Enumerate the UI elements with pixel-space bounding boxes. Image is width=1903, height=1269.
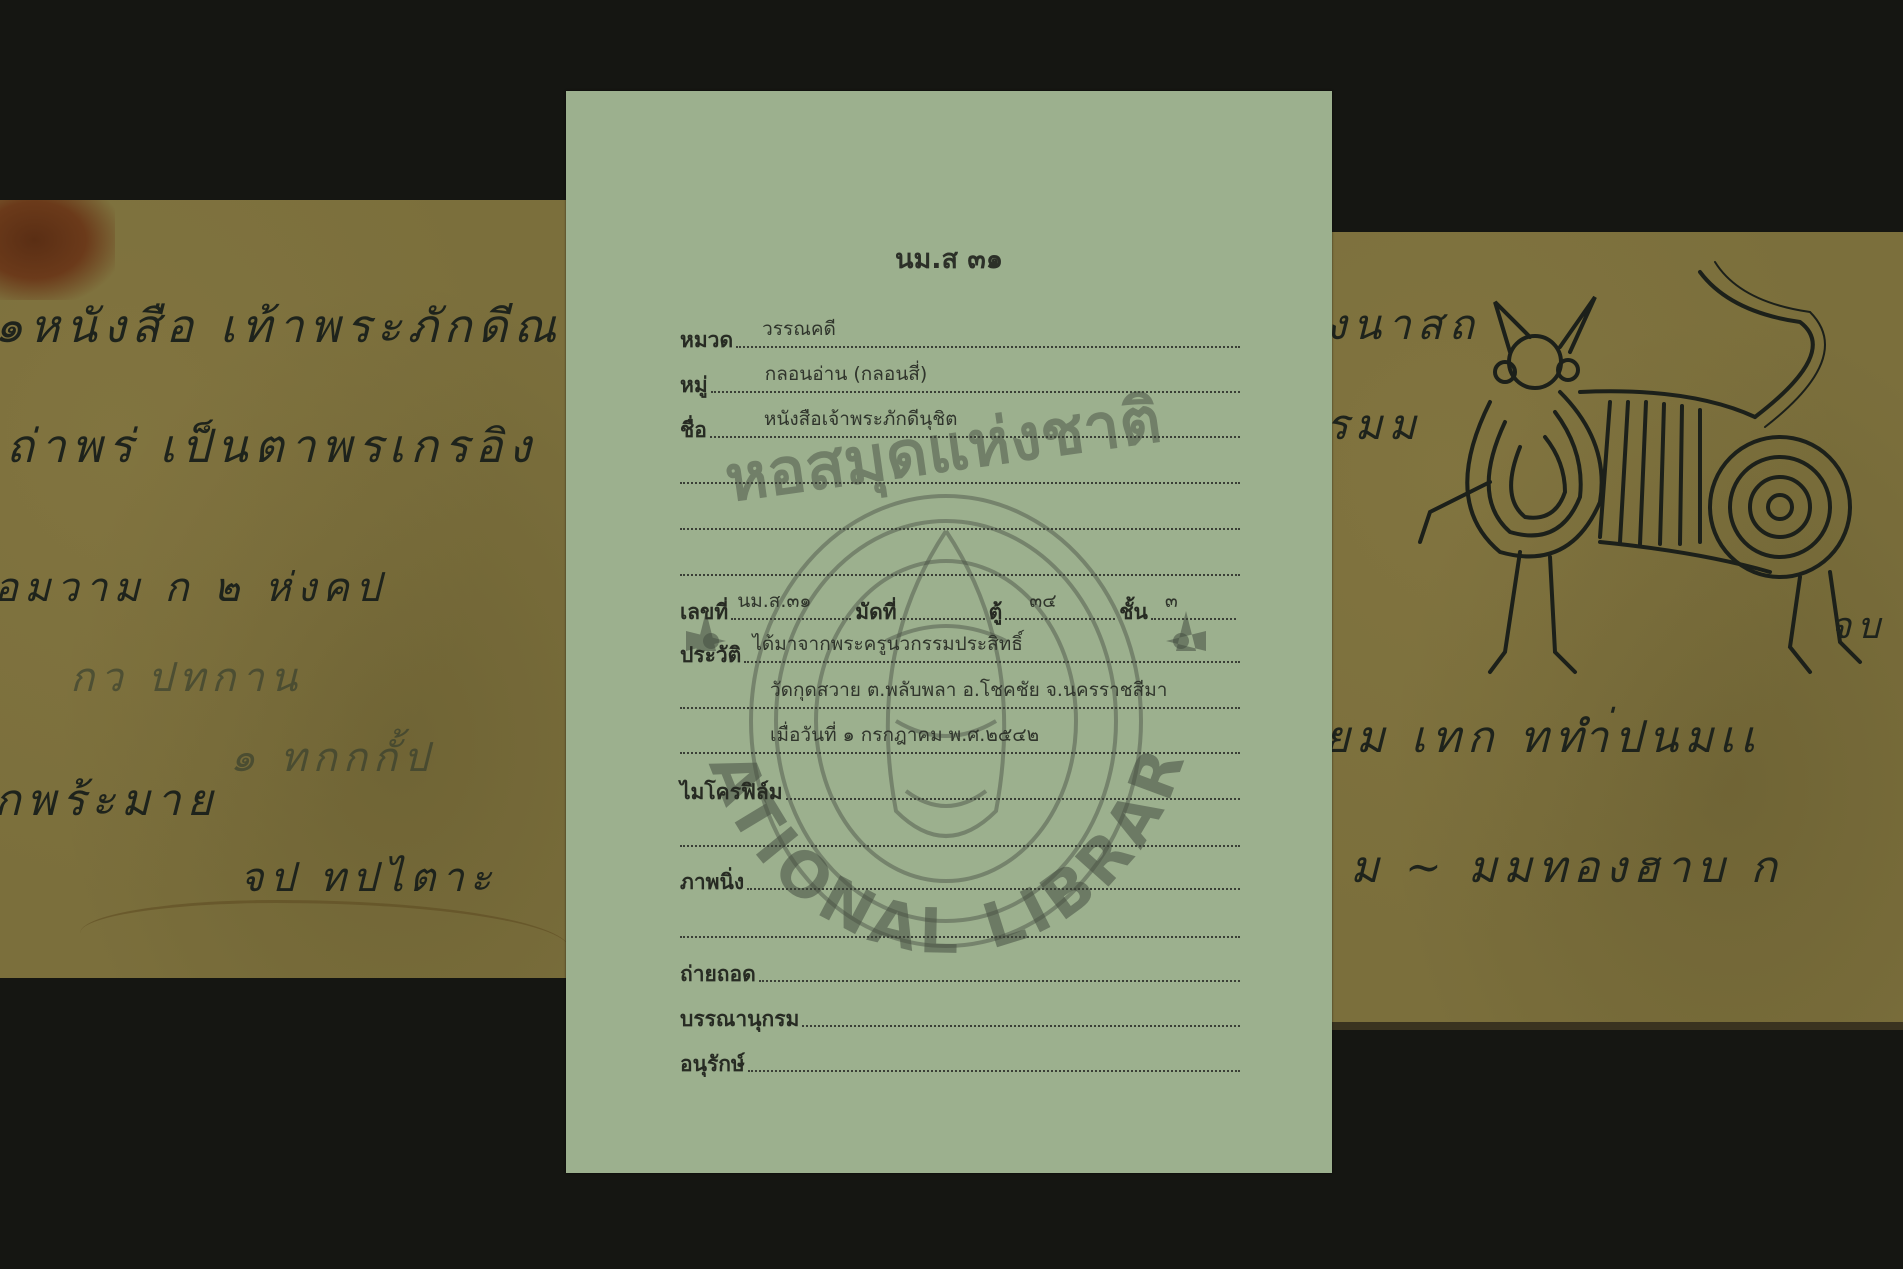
field-history-line-3: เมื่อวันที่ ๑ กรกฎาคม พ.ศ.๒๕๔๒ bbox=[680, 723, 1240, 757]
manuscript-line: กว ปทกาน bbox=[70, 645, 303, 709]
blank-line bbox=[680, 816, 1240, 850]
field-name: ชื่อ หนังสือเจ้าพระภักดีนุชิต bbox=[680, 407, 1240, 441]
field-microfilm: ไมโครฟิล์ม bbox=[680, 769, 1240, 803]
field-value: วัดกุดสวาย ต.พลับพลา อ.โชคชัย จ.นครราชสี… bbox=[770, 675, 1167, 705]
field-label: ไมโครฟิล์ม bbox=[680, 782, 783, 803]
field-label: หมวด bbox=[680, 330, 733, 351]
blank-line bbox=[680, 545, 1240, 579]
manuscript-line: ๑หนังสือ เท้าพระภักดีณ bbox=[0, 290, 562, 363]
field-still-image: ภาพนิ่ง bbox=[680, 859, 1240, 893]
manuscript-line: ม ~ มมทองฮาบ ก bbox=[1350, 832, 1783, 902]
manuscript-line: ๑ ทกกกั้ป bbox=[230, 725, 435, 789]
field-value: หนังสือเจ้าพระภักดีนุชิต bbox=[764, 404, 958, 434]
manuscript-line: อมวาม ก ๒ ห่งคป bbox=[0, 555, 386, 619]
blank-line bbox=[680, 453, 1240, 487]
field-group: หมู่ กลอนอ่าน (กลอนสี่) bbox=[680, 362, 1240, 396]
field-value: เมื่อวันที่ ๑ กรกฎาคม พ.ศ.๒๕๔๒ bbox=[770, 720, 1039, 750]
field-label: ตู้ bbox=[989, 602, 1003, 623]
field-label: ชื่อ bbox=[680, 420, 707, 441]
field-category: หมวด วรรณคดี bbox=[680, 317, 1240, 351]
field-value: กลอนอ่าน (กลอนสี่) bbox=[765, 359, 928, 389]
manuscript-strip-right: งนาสถ รมม จบ ยม เทก ททำ่ปนมเเ ม ~ มมทองฮ… bbox=[1330, 232, 1903, 1030]
rust-stain bbox=[0, 200, 115, 300]
catalog-card: หอสมุดแห่งชาติ NATIONAL LIBRARY นม.ส ๓๑ … bbox=[566, 91, 1332, 1173]
field-conservation: อนุรักษ์ bbox=[680, 1041, 1240, 1075]
field-value: ๓ bbox=[1165, 586, 1178, 616]
water-stain bbox=[80, 900, 570, 978]
field-history: ประวัติ ได้มาจากพระครูนวกรรมประสิทธิ์ bbox=[680, 632, 1240, 666]
field-value: ๓๔ bbox=[1029, 586, 1056, 616]
field-label: หมู่ bbox=[680, 375, 708, 396]
manuscript-line: จป ทปไตาะ bbox=[240, 845, 497, 909]
field-label: บรรณานุกรม bbox=[680, 1009, 799, 1030]
field-location: เลขที่ นม.ส.๓๑ มัดที่ ตู้ ๓๔ ชั้น ๓ bbox=[680, 589, 1240, 623]
field-bibliography: บรรณานุกรม bbox=[680, 996, 1240, 1030]
manuscript-line: กพร้ะมาย bbox=[0, 765, 218, 835]
field-label: ชั้น bbox=[1119, 602, 1148, 623]
field-history-line-2: วัดกุดสวาย ต.พลับพลา อ.โชคชัย จ.นครราชสี… bbox=[680, 678, 1240, 712]
blank-line bbox=[680, 907, 1240, 941]
field-label: ประวัติ bbox=[680, 645, 741, 666]
field-value: ได้มาจากพระครูนวกรรมประสิทธิ์ bbox=[752, 629, 1023, 659]
field-label: ภาพนิ่ง bbox=[680, 872, 744, 893]
manuscript-line: งนาสถ bbox=[1330, 292, 1480, 358]
field-label: เลขที่ bbox=[680, 602, 728, 623]
card-title: นม.ส ๓๑ bbox=[566, 237, 1332, 280]
field-label: มัดที่ bbox=[855, 602, 896, 623]
field-transcription: ถ่ายถอด bbox=[680, 951, 1240, 985]
field-label: ถ่ายถอด bbox=[680, 964, 756, 985]
blank-line bbox=[680, 499, 1240, 533]
manuscript-line: ยม เทก ททำ่ปนมเเ bbox=[1330, 702, 1761, 772]
field-value: นม.ส.๓๑ bbox=[737, 586, 811, 616]
manuscript-line: รมม bbox=[1330, 392, 1422, 458]
field-value: วรรณคดี bbox=[762, 314, 836, 344]
manuscript-strip-left: ๑หนังสือ เท้าพระภักดีณ ถ่าพร่ เป็นตาพรเก… bbox=[0, 200, 570, 978]
manuscript-line: จบ bbox=[1830, 597, 1886, 654]
manuscript-line: ถ่าพร่ เป็นตาพรเกรอิง bbox=[6, 410, 537, 483]
field-label: อนุรักษ์ bbox=[680, 1054, 745, 1075]
